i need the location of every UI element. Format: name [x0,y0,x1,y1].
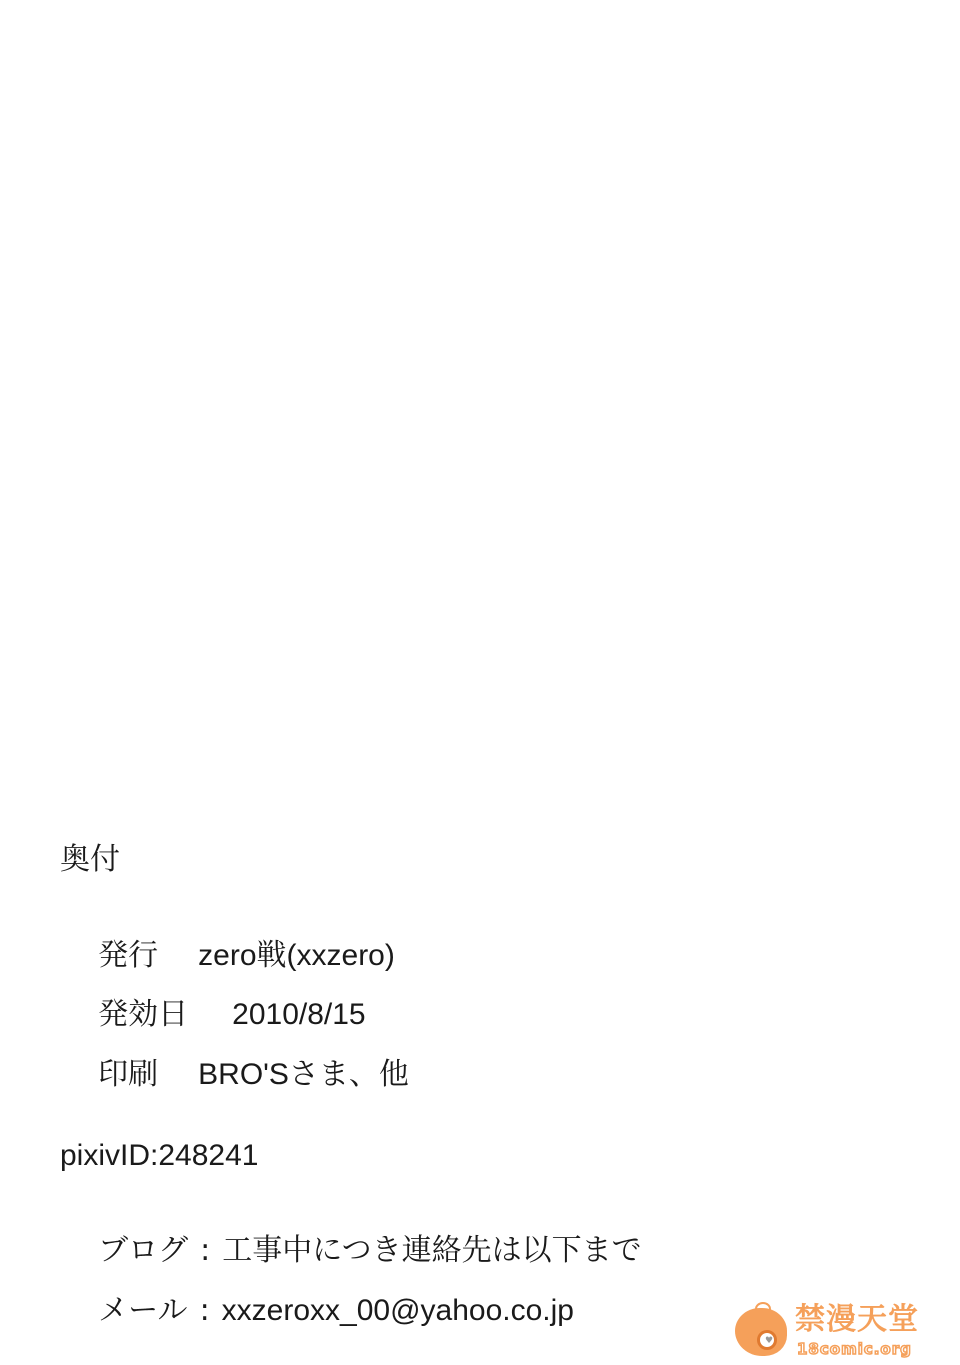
printer-label: 印刷 [98,1057,198,1093]
mail-row: メール:xxzeroxx_00@yahoo.co.jp [60,1257,574,1365]
printer-row: 印刷BRO'Sさま、他 [60,1021,409,1129]
sprout-icon [755,1302,771,1316]
mail-label: メール [98,1293,187,1329]
heart-eye-icon: ♥ [757,1330,777,1350]
colophon-heading: 奥付 [60,842,120,878]
mail-value: xxzeroxx_00@yahoo.co.jp [222,1293,574,1329]
printer-value: BRO'Sさま、他 [198,1057,409,1093]
pixiv-id: pixivID:248241 [60,1138,258,1174]
watermark-logo: ♥ 禁漫天堂 18comic.org [735,1300,950,1360]
watermark-subtitle: 18comic.org [797,1340,912,1358]
watermark-title: 禁漫天堂 [795,1302,919,1338]
mail-separator: : [200,1293,210,1329]
whale-mascot-icon: ♥ [735,1308,787,1356]
